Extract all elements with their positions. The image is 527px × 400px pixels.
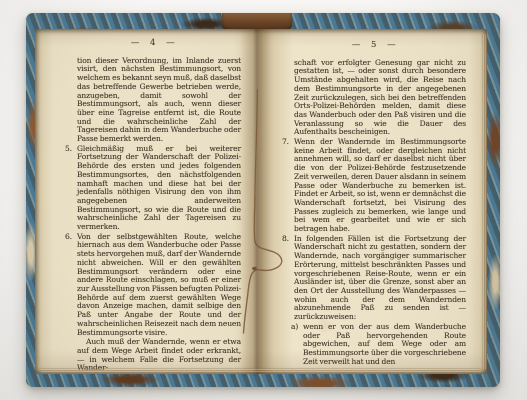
paragraph-text: In folgenden Fällen ist die Fortsetzung … xyxy=(294,234,466,321)
book-photo: — 4 — tion dieser Verordnung, im Inlande… xyxy=(26,13,500,387)
paragraph: tion dieser Verordnung, im Inlande zuers… xyxy=(65,57,241,144)
paragraph: a) wenn er von der aus dem Wanderbuche o… xyxy=(291,323,466,367)
open-pages: — 4 — tion dieser Verordnung, im Inlande… xyxy=(35,29,487,374)
page-edges xyxy=(482,34,486,369)
book-gutter xyxy=(240,29,274,374)
paragraph-text: wenn er von der aus dem Wanderbuche oder… xyxy=(303,322,466,366)
page-number: — 5 — xyxy=(282,41,466,50)
left-page: — 4 — tion dieser Verordnung, im Inlande… xyxy=(65,39,241,374)
paragraph-text: Wenn der Wandernde im Bestimmungsorte ke… xyxy=(294,137,466,233)
paragraph: 5. Gleichmäßig muß er bei weiterer Forts… xyxy=(65,145,241,232)
paragraph: 6. Von der selbstgewählten Route, welche… xyxy=(65,233,241,337)
paragraph-marker: 8. xyxy=(282,235,294,244)
paragraph-marker: 7. xyxy=(282,138,294,147)
paragraph-text: tion dieser Verordnung, im Inlande zuers… xyxy=(77,56,241,143)
right-page: — 5 — schaft vor erfolgter Genesung gar … xyxy=(282,41,466,367)
paragraph-marker: 6. xyxy=(65,233,77,242)
page-number: — 4 — xyxy=(65,39,241,48)
page-edges xyxy=(41,368,481,373)
paragraph: 7. Wenn der Wandernde im Bestimmungsorte… xyxy=(282,138,466,234)
paragraph-text: Gleichmäßig muß er bei weiterer Fortsetz… xyxy=(77,144,241,231)
paragraph-marker: 5. xyxy=(65,145,77,154)
paragraph-text: schaft vor erfolgter Genesung gar nicht … xyxy=(294,58,466,137)
paragraph: 8. In folgenden Fällen ist die Fortsetzu… xyxy=(282,235,466,322)
paragraph: schaft vor erfolgter Genesung gar nicht … xyxy=(282,59,466,137)
paragraph-text: Von der selbstgewählten Route, welche hi… xyxy=(77,232,241,337)
paragraph-marker: a) xyxy=(291,323,303,332)
